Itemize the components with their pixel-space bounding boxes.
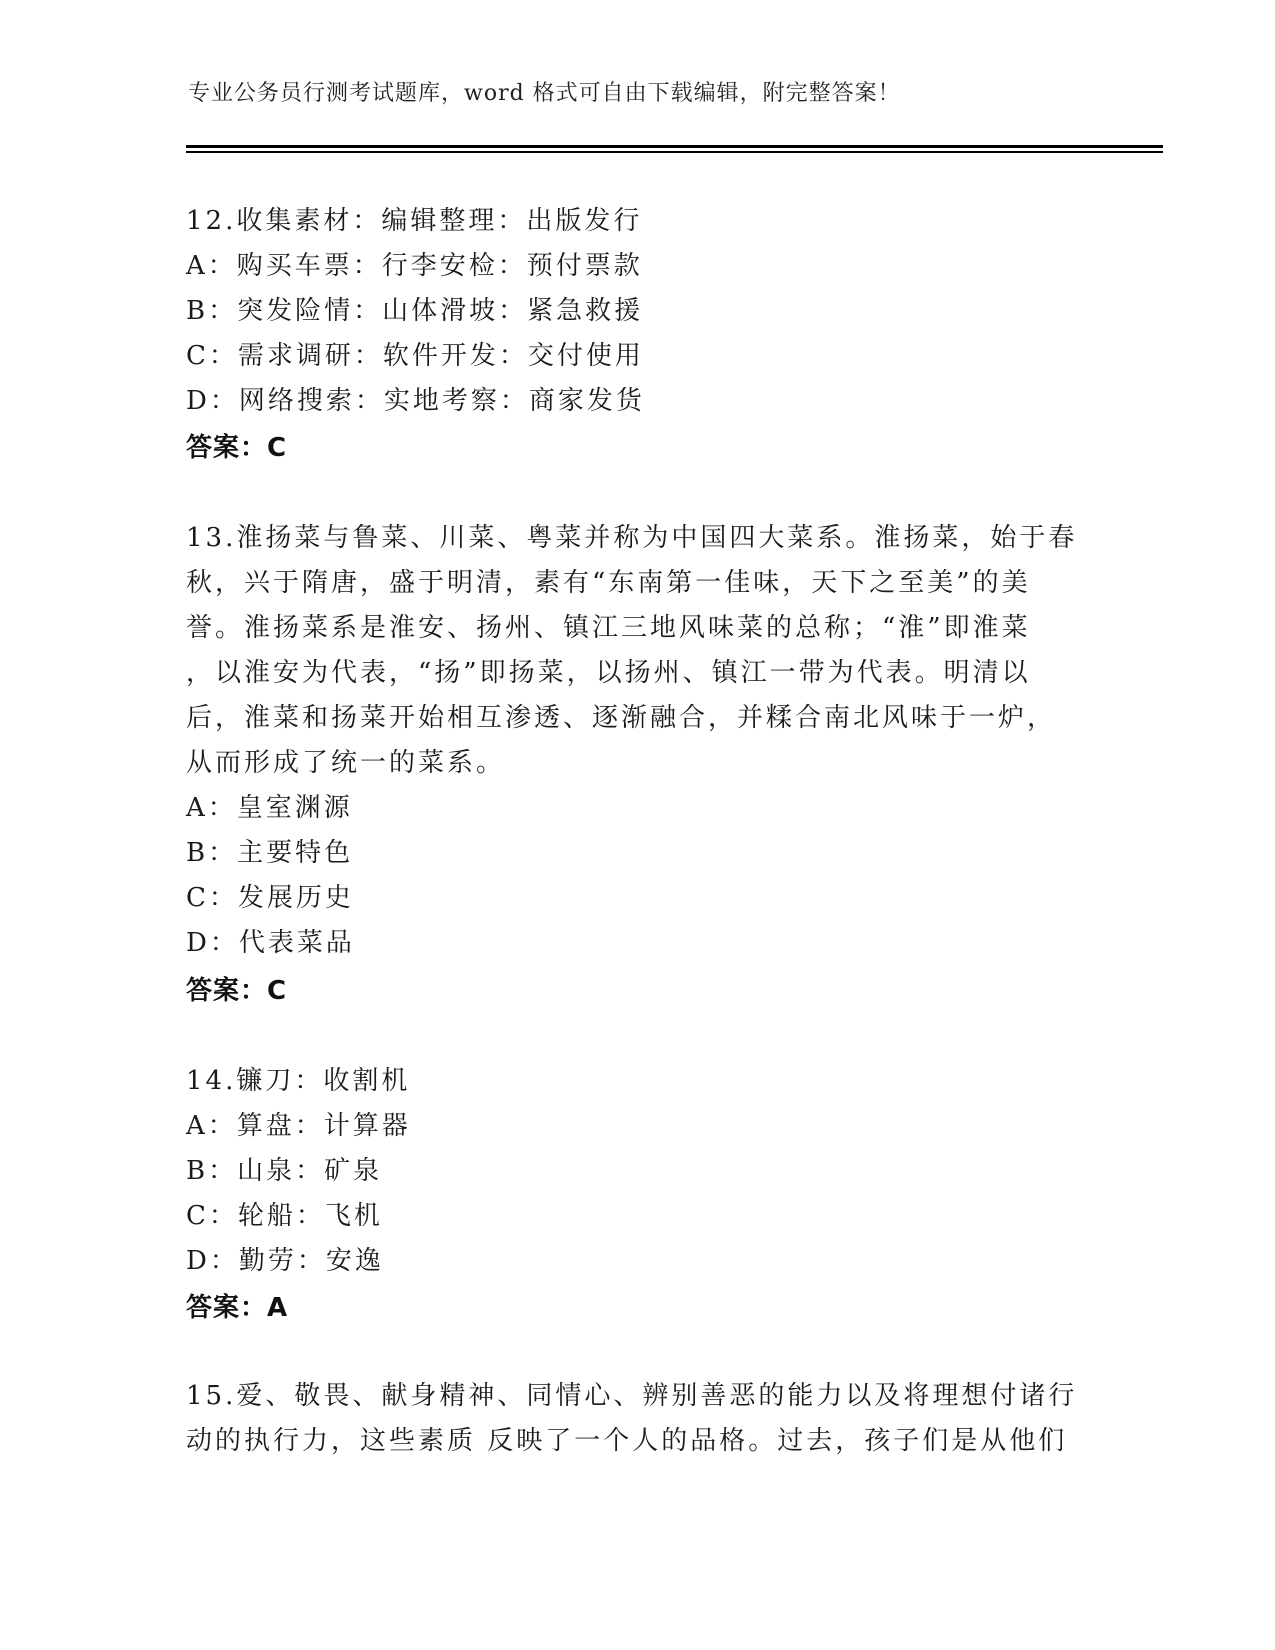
- question-14-option-a: A：算盘：计算器: [186, 1110, 411, 1142]
- question-13-stem-line-6: 从而形成了统一的菜系。: [186, 747, 505, 779]
- question-13-stem-line-3: 誉。淮扬菜系是淮安、扬州、镇江三地风味菜的总称；“淮”即淮菜: [186, 612, 1031, 644]
- header-rule-thick: [186, 145, 1163, 148]
- question-12-option-c: C：需求调研：软件开发：交付使用: [186, 340, 644, 372]
- question-14-option-c: C：轮船：飞机: [186, 1200, 383, 1232]
- question-13-option-a: A：皇室渊源: [186, 792, 353, 824]
- question-13-stem-line-2: 秋，兴于隋唐，盛于明清，素有“东南第一佳味，天下之至美”的美: [186, 567, 1031, 599]
- question-12-option-b: B：突发险情：山体滑坡：紧急救援: [186, 295, 643, 327]
- header-rule-thin: [186, 151, 1163, 153]
- question-15-stem-line-2: 动的执行力，这些素质 反映了一个人的品格。过去，孩子们是从他们: [186, 1425, 1067, 1457]
- question-14-stem: 14.镰刀：收割机: [186, 1065, 410, 1097]
- question-13-option-d: D：代表菜品: [186, 927, 355, 959]
- document-page: 专业公务员行测考试题库，word 格式可自由下载编辑，附完整答案！ 12.收集素…: [0, 0, 1275, 1650]
- question-15-stem-line-1: 15.爱、敬畏、献身精神、同情心、辨别善恶的能力以及将理想付诸行: [186, 1380, 1077, 1412]
- question-13-stem-line-1: 13.淮扬菜与鲁菜、川菜、粤菜并称为中国四大菜系。淮扬菜，始于春: [186, 522, 1077, 554]
- page-header: 专业公务员行测考试题库，word 格式可自由下载编辑，附完整答案！: [188, 76, 901, 107]
- question-13-option-c: C：发展历史: [186, 882, 354, 914]
- question-12-answer: 答案：C: [186, 432, 287, 464]
- question-14-option-d: D：勤劳：安逸: [186, 1245, 384, 1277]
- question-13-answer: 答案：C: [186, 975, 287, 1007]
- question-12-option-a: A：购买车票：行李安检：预付票款: [186, 250, 643, 282]
- question-12-stem: 12.收集素材：编辑整理：出版发行: [186, 205, 642, 237]
- question-13-stem-line-4: ，以淮安为代表，“扬”即扬菜，以扬州、镇江一带为代表。明清以: [186, 657, 1031, 689]
- question-14-option-b: B：山泉：矿泉: [186, 1155, 382, 1187]
- question-13-option-b: B：主要特色: [186, 837, 353, 869]
- question-13-stem-line-5: 后，淮菜和扬菜开始相互渗透、逐渐融合，并糅合南北风味于一炉，: [186, 702, 1056, 734]
- question-14-answer: 答案：A: [186, 1292, 288, 1324]
- question-12-option-d: D：网络搜索：实地考察：商家发货: [186, 385, 645, 417]
